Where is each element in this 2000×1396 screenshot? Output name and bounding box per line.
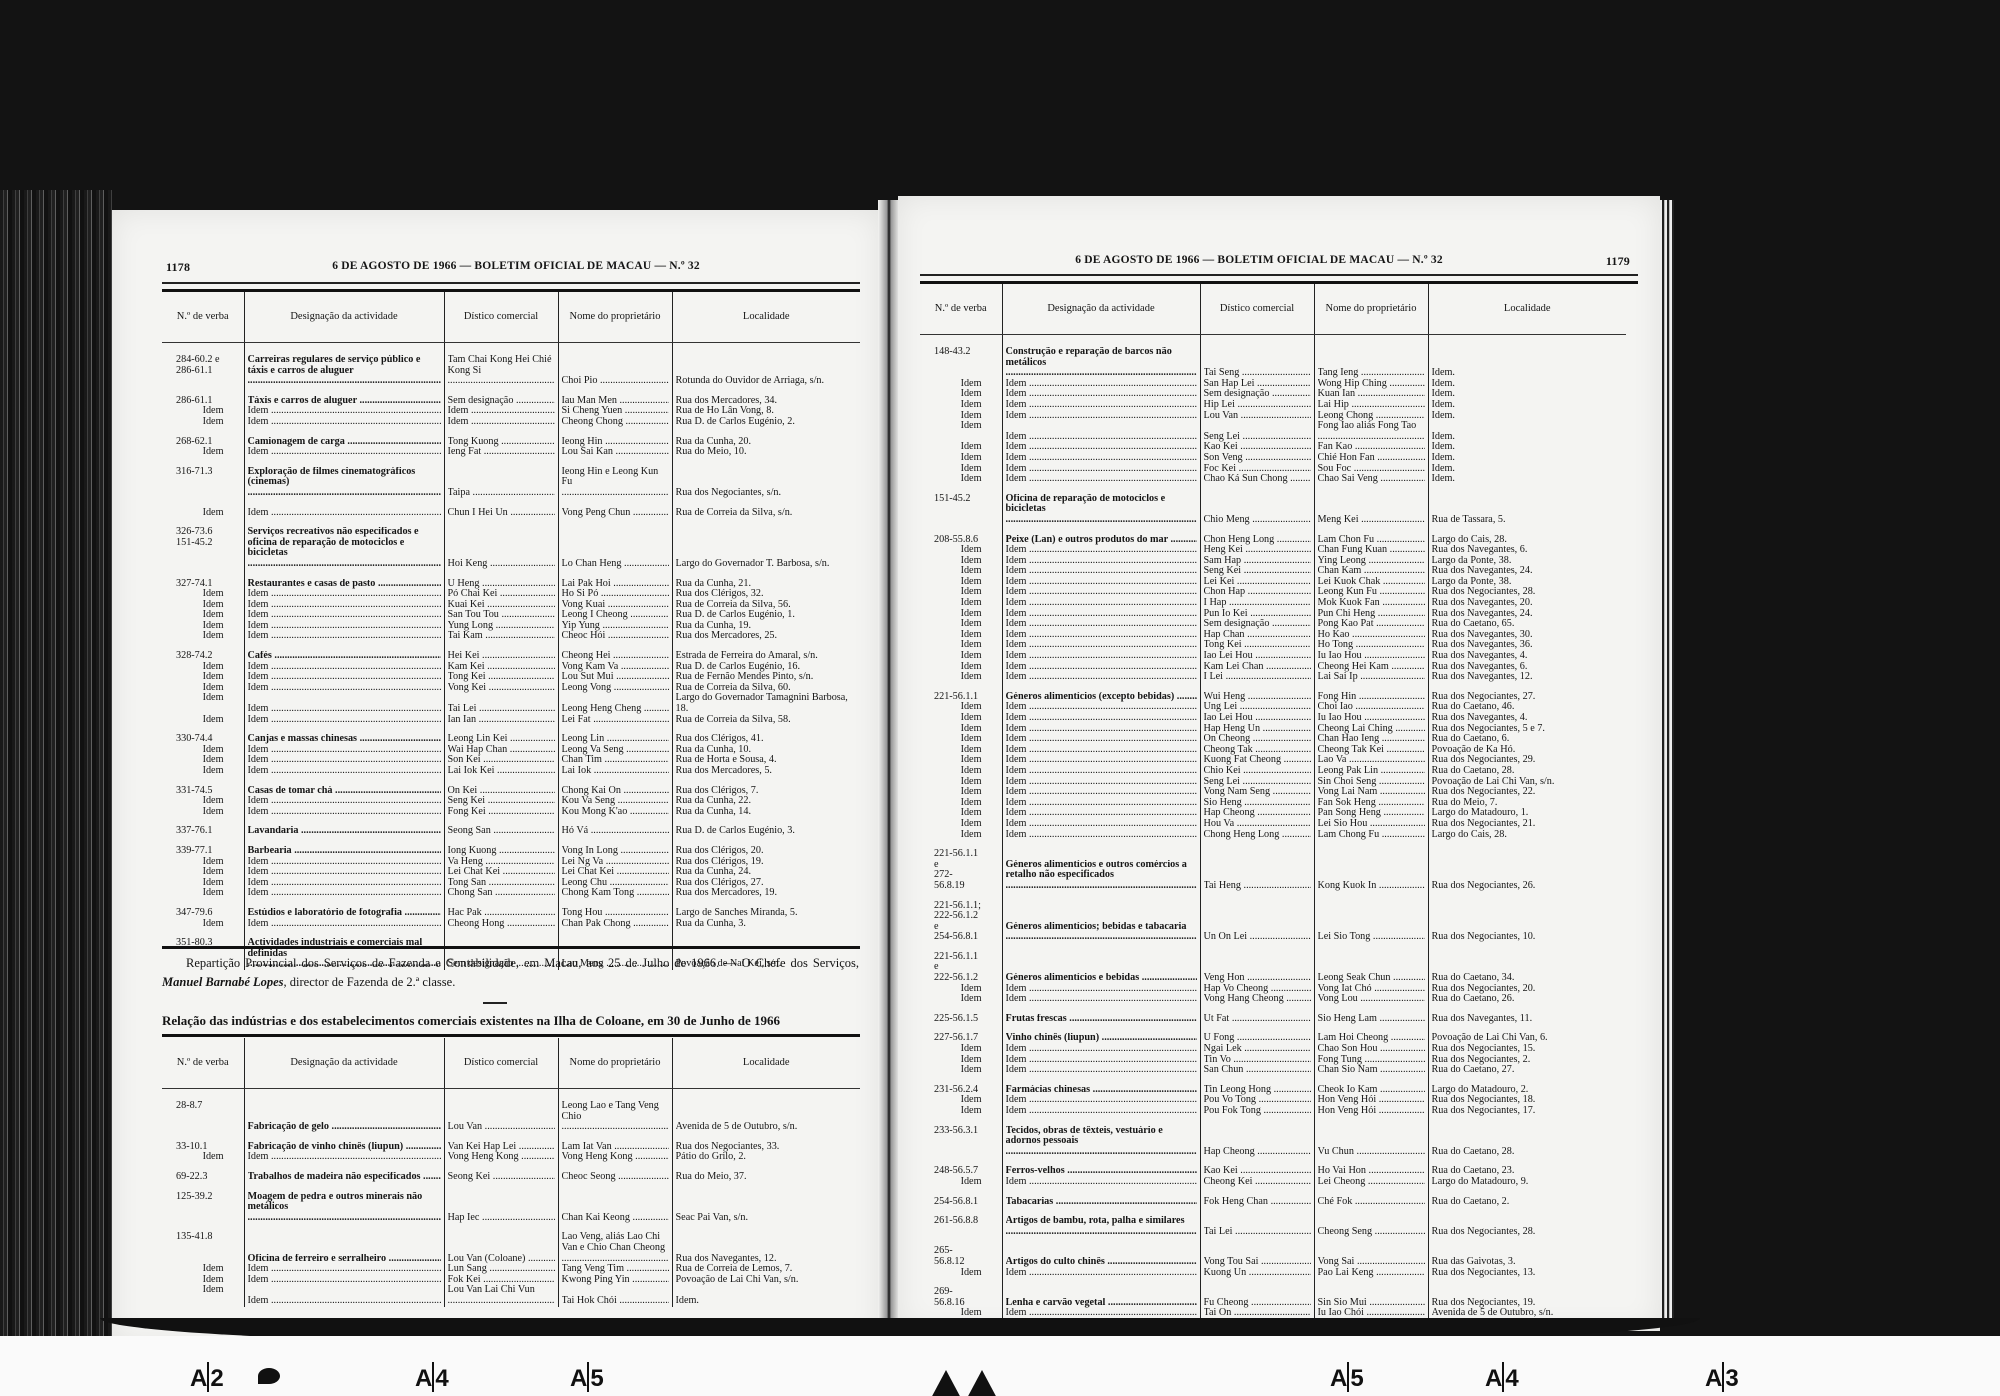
owner-cell: Chong Kam Tong (558, 888, 672, 899)
location-cell: Rua dos Negociantes, 10. (1428, 901, 1626, 943)
activity-cell: Idem (244, 447, 444, 458)
sign-cell: Kao Kei (1200, 442, 1314, 453)
verba-cell: Idem (920, 587, 1002, 598)
location-cell: Rua dos Clérigos, 19. (672, 857, 860, 868)
location-cell: Idem. (1428, 442, 1626, 453)
sign-cell: Pou Vo Tong (1200, 1095, 1314, 1106)
activity-cell: Ferros-velhos (1002, 1166, 1200, 1177)
verba-cell: 284-60.2 e 286-61.1 (162, 343, 244, 387)
table-row: IdemIdemVa HengLei Ng VaRua dos Clérigos… (162, 857, 860, 868)
location-cell: Rua das Gaivotas, 3. (1428, 1246, 1626, 1267)
activity-cell: Idem (1002, 464, 1200, 475)
verba-cell: 316-71.3 (162, 467, 244, 499)
activity-cell: Idem (244, 600, 444, 611)
owner-cell: Cheong Seng (1314, 1216, 1428, 1237)
owner-cell: Leong Pak Lin (1314, 766, 1428, 777)
location-cell: Rua D. de Carlos Eugénio, 3. (672, 826, 860, 837)
activity-cell: Idem (1002, 619, 1200, 630)
activity-cell: Idem (1002, 1177, 1200, 1188)
location-cell: Idem. (672, 1285, 860, 1306)
location-cell: Rua dos Negociantes, 33. (672, 1142, 860, 1153)
owner-cell: Si Cheng Yuen (558, 406, 672, 417)
location-cell: Largo do Matadouro, 9. (1428, 1177, 1626, 1188)
location-cell: Rua dos Clérigos, 7. (672, 786, 860, 797)
verba-cell: Idem (920, 702, 1002, 713)
verba-cell: 248-56.5.7 (920, 1166, 1002, 1177)
location-cell: Rua dos Navegantes, 36. (1428, 640, 1626, 651)
column-header-actividade: Designação da actividade (1002, 284, 1200, 335)
table-row: 221-56.1.1 e 222-56.1.2Géneros alimentíc… (920, 952, 1626, 984)
owner-cell: Vong Iat Chó (1314, 984, 1428, 995)
table-row: IdemIdemTai LeiLeong Heng ChengLargo do … (162, 693, 860, 714)
activity-cell: Fabricação de gelo (244, 1089, 444, 1133)
sign-cell: Lou Van (444, 1089, 558, 1133)
table-row: 268-62.1Camionagem de cargaTong KuongIeo… (162, 437, 860, 448)
verba-cell: Idem (920, 1177, 1002, 1188)
sign-cell: Lou Van (1200, 411, 1314, 422)
activity-cell: Tecidos, obras de têxteis, vestuário e a… (1002, 1126, 1200, 1158)
verba-cell: Idem (162, 755, 244, 766)
row-gap (920, 1188, 1626, 1197)
owner-cell: Kou Mong K'ao (558, 807, 672, 818)
table-row: IdemIdemFong KeiKou Mong K'aoRua da Cunh… (162, 807, 860, 818)
verba-cell: Idem (920, 609, 1002, 620)
owner-cell: Lei Sio Tong (1314, 901, 1428, 943)
sign-cell: I Hap (1200, 598, 1314, 609)
location-cell: Rua de Correia de Lemos, 7. (672, 1264, 860, 1275)
activity-cell: Idem (1002, 442, 1200, 453)
verba-cell: Idem (920, 1044, 1002, 1055)
activity-cell: Idem (1002, 411, 1200, 422)
owner-cell: Lam Chon Fu (1314, 535, 1428, 546)
row-gap (162, 642, 860, 651)
verba-cell: Idem (162, 508, 244, 519)
owner-cell: Ying Leong (1314, 556, 1428, 567)
sign-cell: Seng Lei (1200, 421, 1314, 442)
sign-cell: Hap Chan (1200, 630, 1314, 641)
verba-cell: Idem (920, 630, 1002, 641)
table-row: 135-41.8Oficina de ferreiro e serralheir… (162, 1232, 860, 1264)
verba-cell: Idem (920, 640, 1002, 651)
center-marker-icon (966, 1370, 998, 1396)
sign-cell: Va Heng (444, 857, 558, 868)
verba-cell: Idem (920, 619, 1002, 630)
location-cell: Idem. (1428, 400, 1626, 411)
verba-cell: Idem (920, 819, 1002, 830)
sign-cell: Ieng Fat (444, 447, 558, 458)
location-cell: Rua dos Negociantes, 15. (1428, 1044, 1626, 1055)
table-row: IdemIdemTin VoFong TungRua dos Negociant… (920, 1055, 1626, 1066)
verba-cell: Idem (920, 442, 1002, 453)
owner-cell: Leong Heng Cheng (558, 693, 672, 714)
owner-cell: Lei Cheong (1314, 1177, 1428, 1188)
owner-cell: Vong Lai Nam (1314, 787, 1428, 798)
activity-cell: Idem (1002, 421, 1200, 442)
owner-cell: Sin Choi Seng (1314, 777, 1428, 788)
sign-cell: U Heng (444, 579, 558, 590)
table-row: IdemIdemTong KeiLou Sut MuiRua de Fernão… (162, 672, 860, 683)
activity-cell: Casas de tomar chá (244, 786, 444, 797)
location-cell: Rua dos Negociantes, 27. (1428, 692, 1626, 703)
location-cell: Rua do Meio, 37. (672, 1172, 860, 1183)
activity-cell: Idem (1002, 556, 1200, 567)
owner-cell: Cheong Chong (558, 417, 672, 428)
table-header: N.º de verbaDesignação da actividadeDíst… (920, 284, 1626, 335)
row-gap (920, 1278, 1626, 1287)
owner-cell: Leong Va Seng (558, 745, 672, 756)
table-row: IdemIdemYung LongYip YungRua da Cunha, 1… (162, 621, 860, 632)
table-row: IdemIdemPun Io KeiPun Chi HengRua dos Na… (920, 609, 1626, 620)
table-row: IdemIdemSem designaçãoKuan IanIdem. (920, 389, 1626, 400)
location-cell: Rua dos Negociantes, 28. (1428, 1216, 1626, 1237)
verba-cell: 254-56.8.1 (920, 1197, 1002, 1208)
verba-cell: Idem (162, 417, 244, 428)
table-row: 221-56.1.1; 222-56.1.2 e 254-56.8.1Géner… (920, 901, 1626, 943)
sign-cell: Cheong Hong (444, 919, 558, 930)
verba-cell: 135-41.8 (162, 1232, 244, 1264)
table-row: 265-56.8.12Artigos do culto chinêsVong T… (920, 1246, 1626, 1267)
activity-cell: Idem (1002, 766, 1200, 777)
table-row: IdemIdemIdemSi Cheng YuenRua de Ho Lân V… (162, 406, 860, 417)
location-cell: Rua dos Negociantes, 17. (1428, 1106, 1626, 1117)
activity-cell: Idem (1002, 672, 1200, 683)
location-cell: Rua dos Mercadores, 5. (672, 766, 860, 777)
sign-cell: Pun Io Kei (1200, 609, 1314, 620)
table-row: IdemIdemSon KeiChan TimRua de Horta e So… (162, 755, 860, 766)
page-1179: 6 DE AGOSTO DE 1966 — BOLETIM OFICIAL DE… (898, 196, 1660, 1331)
verba-cell: 208-55.8.6 (920, 535, 1002, 546)
sign-cell: Sam Hap (1200, 556, 1314, 567)
sign-cell: Tai Seng (1200, 335, 1314, 379)
owner-cell: Cheong Tak Kei (1314, 745, 1428, 756)
location-cell: Rua dos Clérigos, 32. (672, 589, 860, 600)
verba-cell: 330-74.4 (162, 734, 244, 745)
verba-cell: Idem (162, 693, 244, 714)
verba-cell: 268-62.1 (162, 437, 244, 448)
running-header: 1178 6 DE AGOSTO DE 1966 — BOLETIM OFICI… (112, 260, 880, 284)
table-row: IdemIdemChun I Hei UnVong Peng ChunRua d… (162, 508, 860, 519)
owner-cell: Choi Iao (1314, 702, 1428, 713)
table-row: IdemIdemChong Heng LongLam Chong FuLargo… (920, 830, 1626, 841)
verba-cell: 225-56.1.5 (920, 1014, 1002, 1025)
note-text: Repartição Provincial dos Serviços de Fa… (186, 956, 859, 970)
table-row: 286-61.1Táxis e carros de aluguerSem des… (162, 396, 860, 407)
activity-cell: Idem (244, 1275, 444, 1286)
verba-cell: 347-79.6 (162, 908, 244, 919)
column-header-verba: N.º de verba (920, 284, 1002, 335)
owner-cell: Leong Lao e Tang Veng Chio (558, 1089, 672, 1133)
location-cell: Largo do Governador Tamagnini Barbosa, 1… (672, 693, 860, 714)
film-frame-mark: A5 (570, 1362, 603, 1393)
location-cell: Povoação de Lai Chi Van, s/n. (1428, 777, 1626, 788)
verba-cell: Idem (920, 1095, 1002, 1106)
location-cell: Rua dos Mercadores, 19. (672, 888, 860, 899)
activity-cell: Idem (1002, 702, 1200, 713)
activity-cell: Idem (1002, 400, 1200, 411)
verba-cell: Idem (920, 566, 1002, 577)
owner-cell: Leong Chu (558, 878, 672, 889)
verba-cell: 148-43.2 (920, 335, 1002, 379)
activity-cell: Idem (244, 621, 444, 632)
header-rule (162, 282, 860, 284)
owner-cell: Tang Ieng (1314, 335, 1428, 379)
column-header-proprietario: Nome do proprietário (558, 292, 672, 343)
activity-cell: Idem (1002, 1044, 1200, 1055)
owner-cell: Vong Sai (1314, 1246, 1428, 1267)
location-cell: Rua de Fernão Mendes Pinto, s/n. (672, 672, 860, 683)
activity-cell: Idem (1002, 1106, 1200, 1117)
sign-cell: Hap Vo Cheong (1200, 984, 1314, 995)
activity-cell: Exploração de filmes cinematográficos (c… (244, 467, 444, 499)
activity-cell: Lenha e carvão vegetal (1002, 1287, 1200, 1308)
header-rule (920, 274, 1638, 276)
activity-cell: Idem (1002, 798, 1200, 809)
sign-cell: U Fong (1200, 1033, 1314, 1044)
verba-cell: Idem (920, 545, 1002, 556)
sign-cell: Fok Kei (444, 1275, 558, 1286)
table-row: 208-55.8.6Peixe (Lan) e outros produtos … (920, 535, 1626, 546)
owner-cell: Lai Pak Hoi (558, 579, 672, 590)
table-row: IdemIdemHou VaLei Sio HouRua dos Negocia… (920, 819, 1626, 830)
activity-cell: Carreiras regulares de serviço público e… (244, 343, 444, 387)
owner-cell: Lei Ng Va (558, 857, 672, 868)
sign-cell: Chio Meng (1200, 494, 1314, 526)
table-row: IdemIdemKam Lei ChanCheong Hei KamRua do… (920, 662, 1626, 673)
table-row: IdemIdemLun SangTang Veng TimRua de Corr… (162, 1264, 860, 1275)
sign-cell: Lai Iok Kei (444, 766, 558, 777)
sign-cell: Tai Heng (1200, 849, 1314, 891)
sign-cell: Vong Hang Cheong (1200, 994, 1314, 1005)
table-row: 28-8.7Fabricação de geloLou VanLeong Lao… (162, 1089, 860, 1133)
activity-cell: Idem (244, 610, 444, 621)
owner-cell: Kuan Ian (1314, 389, 1428, 400)
verba-cell: Idem (920, 745, 1002, 756)
owner-cell: Yip Yung (558, 621, 672, 632)
location-cell: Rua dos Navegantes, 24. (1428, 609, 1626, 620)
verba-cell: Idem (920, 984, 1002, 995)
row-gap (162, 929, 860, 938)
location-cell: Rua D. de Carlos Eugénio, 1. (672, 610, 860, 621)
row-gap (920, 683, 1626, 692)
sign-cell: Ngai Lek (1200, 1044, 1314, 1055)
activity-cell: Idem (244, 867, 444, 878)
verba-cell: Idem (162, 715, 244, 726)
location-cell: Rua do Caetano, 28. (1428, 1126, 1626, 1158)
activity-cell: Oficina de ferreiro e serralheiro (244, 1232, 444, 1264)
sign-cell: Vong Nam Seng (1200, 787, 1314, 798)
table-row: 125-39.2Moagem de pedra e outros minerai… (162, 1192, 860, 1224)
verba-cell: 221-56.1.1 e 272-56.8.19 (920, 849, 1002, 891)
location-cell: Rua do Meio, 10. (672, 447, 860, 458)
table-row: IdemIdemSan Hap LeiWong Hip ChingIdem. (920, 379, 1626, 390)
signature-note: Repartição Provincial dos Serviços de Fa… (162, 954, 859, 992)
location-cell: Largo de Sanches Miranda, 5. (672, 908, 860, 919)
center-marker-icon (930, 1370, 962, 1396)
owner-cell: Fong Iao aliás Fong Tao (1314, 421, 1428, 442)
location-cell: Rua dos Navegantes, 6. (1428, 545, 1626, 556)
owner-cell: Leong Lin (558, 734, 672, 745)
sign-cell: Idem (444, 417, 558, 428)
table-row: 254-56.8.1TabacariasFok Heng ChanChé Fok… (920, 1197, 1626, 1208)
table-row: IdemIdemSeng LeiFong Iao aliás Fong TaoI… (920, 421, 1626, 442)
sign-cell: I Lei (1200, 672, 1314, 683)
table-header: N.º de verbaDesignação da actividadeDíst… (162, 1038, 860, 1089)
owner-cell: Meng Kei (1314, 494, 1428, 526)
row-gap (920, 892, 1626, 901)
sign-cell: San Tou Tou (444, 610, 558, 621)
sign-cell: Heng Kei (1200, 545, 1314, 556)
activity-cell: Idem (244, 745, 444, 756)
section-title-coloane: Relação das indústrias e dos estabelecim… (162, 1013, 780, 1029)
location-cell: Rua dos Negociantes, 18. (1428, 1095, 1626, 1106)
owner-cell: Chié Hon Fan (1314, 453, 1428, 464)
activity-cell: Idem (1002, 1065, 1200, 1076)
sign-cell: Iao Lei Hou (1200, 713, 1314, 724)
owner-cell: Lou Sai Kan (558, 447, 672, 458)
table-row: IdemIdemTai KamCheoc HóiRua dos Mercador… (162, 631, 860, 642)
table-row: IdemIdemPou Fok TongHon Veng HóiRua dos … (920, 1106, 1626, 1117)
owner-cell: Ho Si Pó (558, 589, 672, 600)
owner-cell: Fan Sok Heng (1314, 798, 1428, 809)
activity-cell: Idem (244, 1285, 444, 1306)
sign-cell: Kam Lei Chan (1200, 662, 1314, 673)
activity-cell: Moagem de pedra e outros minerais não me… (244, 1192, 444, 1224)
table-row: IdemIdemSio HengFan Sok HengRua do Meio,… (920, 798, 1626, 809)
separator (483, 1002, 507, 1004)
sign-cell: Chio Kei (1200, 766, 1314, 777)
owner-cell: Tang Veng Tim (558, 1264, 672, 1275)
verba-cell: Idem (920, 1055, 1002, 1066)
table-row: IdemIdemTong KeiHo TongRua dos Navegante… (920, 640, 1626, 651)
sign-cell: Lei Kei (1200, 577, 1314, 588)
sign-cell: Hap Heng Un (1200, 724, 1314, 735)
sign-cell: Seng Kei (444, 796, 558, 807)
publication-header: 6 DE AGOSTO DE 1966 — BOLETIM OFICIAL DE… (112, 260, 880, 272)
verba-cell: 265-56.8.12 (920, 1246, 1002, 1267)
verba-cell: Idem (920, 787, 1002, 798)
row-gap (162, 387, 860, 396)
verba-cell: Idem (162, 745, 244, 756)
verba-cell: 337-76.1 (162, 826, 244, 837)
owner-cell: Leong Chong (1314, 411, 1428, 422)
activity-cell: Idem (1002, 1268, 1200, 1279)
activity-cell: Idem (1002, 474, 1200, 485)
location-cell: Largo da Ponte, 38. (1428, 577, 1626, 588)
activity-cell: Idem (244, 662, 444, 673)
sign-cell: San Chun (1200, 1065, 1314, 1076)
column-header-distico: Dístico comercial (444, 292, 558, 343)
sign-cell: Van Kei Hap Lei (444, 1142, 558, 1153)
location-cell: Rua dos Clérigos, 27. (672, 878, 860, 889)
owner-cell: Sio Heng Lam (1314, 1014, 1428, 1025)
sign-cell: Hoi Keng (444, 527, 558, 569)
owner-cell: Chan Fung Kuan (1314, 545, 1428, 556)
table-row: 261-56.8.8Artigos de bambu, rota, palha … (920, 1216, 1626, 1237)
location-cell: Estrada de Ferreira do Amaral, s/n. (672, 651, 860, 662)
sign-cell: Taipa (444, 467, 558, 499)
row-gap (920, 1005, 1626, 1014)
verba-cell: Idem (920, 411, 1002, 422)
table-row: IdemIdemChon HapLeong Kun FuRua dos Nego… (920, 587, 1626, 598)
row-gap (920, 1157, 1626, 1166)
table-row: IdemIdemNgai LekChao Son HouRua dos Nego… (920, 1044, 1626, 1055)
activity-cell: Idem (1002, 777, 1200, 788)
verba-cell: Idem (920, 474, 1002, 485)
table-row: 221-56.1.1Géneros alimentícios (excepto … (920, 692, 1626, 703)
location-cell: Povoação de Ka Hó. (1428, 745, 1626, 756)
verba-cell: Idem (920, 400, 1002, 411)
row-gap (162, 458, 860, 467)
table-row: IdemIdemPó Chai KeiHo Si PóRua dos Cléri… (162, 589, 860, 600)
verba-cell: Idem (162, 447, 244, 458)
film-frame-mark: A5 (1330, 1362, 1363, 1393)
sign-cell: Son Kei (444, 755, 558, 766)
activity-cell: Canjas e massas chinesas (244, 734, 444, 745)
sign-cell: Lun Sang (444, 1264, 558, 1275)
owner-cell: Sou Foc (1314, 464, 1428, 475)
verba-cell: 286-61.1 (162, 396, 244, 407)
activity-cell: Camionagem de carga (244, 437, 444, 448)
signatory-name: Manuel Barnabé Lopes (162, 975, 284, 989)
activity-cell: Idem (1002, 651, 1200, 662)
activity-cell: Idem (1002, 545, 1200, 556)
location-cell: Rua D. de Carlos Eugénio, 16. (672, 662, 860, 673)
activity-cell: Idem (1002, 713, 1200, 724)
film-margin (0, 1336, 2000, 1396)
sign-cell: Chon Heng Long (1200, 535, 1314, 546)
verba-cell: 326-73.6 151-45.2 (162, 527, 244, 569)
table-row: 233-56.3.1Tecidos, obras de têxteis, ves… (920, 1126, 1626, 1158)
location-cell: Pátio do Grilo, 2. (672, 1152, 860, 1163)
owner-cell: Vong Peng Chun (558, 508, 672, 519)
owner-cell: Cheong Hei (558, 651, 672, 662)
owner-cell: Lei Sio Hou (1314, 819, 1428, 830)
table-row: IdemIdemChong SanChong Kam TongRua dos M… (162, 888, 860, 899)
row-gap (920, 526, 1626, 535)
verba-cell: Idem (162, 683, 244, 694)
verba-cell: Idem (920, 651, 1002, 662)
location-cell: Idem. (1428, 335, 1626, 379)
verba-cell: Idem (920, 1268, 1002, 1279)
table-row: IdemIdemKuai KeiVong KuaiRua de Correia … (162, 600, 860, 611)
sign-cell: Cheong Tak (1200, 745, 1314, 756)
sign-cell: Chao Ká Sun Chong (1200, 474, 1314, 485)
sign-cell: Un On Lei (1200, 901, 1314, 943)
location-cell: Idem. (1428, 411, 1626, 422)
table-row: IdemIdemI HapMok Kuok FanRua dos Navegan… (920, 598, 1626, 609)
activity-cell: Idem (244, 766, 444, 777)
activity-cell: Cafés (244, 651, 444, 662)
activity-cell: Idem (1002, 662, 1200, 673)
table-row: IdemIdemKao KeiFan KaoIdem. (920, 442, 1626, 453)
verba-cell: Idem (920, 662, 1002, 673)
table-row: IdemIdemSam HapYing LeongLargo da Ponte,… (920, 556, 1626, 567)
location-cell: Rua dos Clérigos, 41. (672, 734, 860, 745)
location-cell: Rua de Tassara, 5. (1428, 494, 1626, 526)
sign-cell: Pou Fok Tong (1200, 1106, 1314, 1117)
activity-cell: Idem (1002, 577, 1200, 588)
verba-cell: 231-56.2.4 (920, 1085, 1002, 1096)
column-header-proprietario: Nome do proprietário (1314, 284, 1428, 335)
verba-cell: Idem (920, 598, 1002, 609)
table-row: 231-56.2.4Farmácias chinesasTin Leong Ho… (920, 1085, 1626, 1096)
verba-cell: 33-10.1 (162, 1142, 244, 1153)
table-row: IdemIdemChio KeiLeong Pak LinRua do Caet… (920, 766, 1626, 777)
sign-cell: Pó Chai Kei (444, 589, 558, 600)
activity-cell: Géneros alimentícios e bebidas (1002, 952, 1200, 984)
activity-cell: Frutas frescas (1002, 1014, 1200, 1025)
owner-cell: Cheong Lai Ching (1314, 724, 1428, 735)
